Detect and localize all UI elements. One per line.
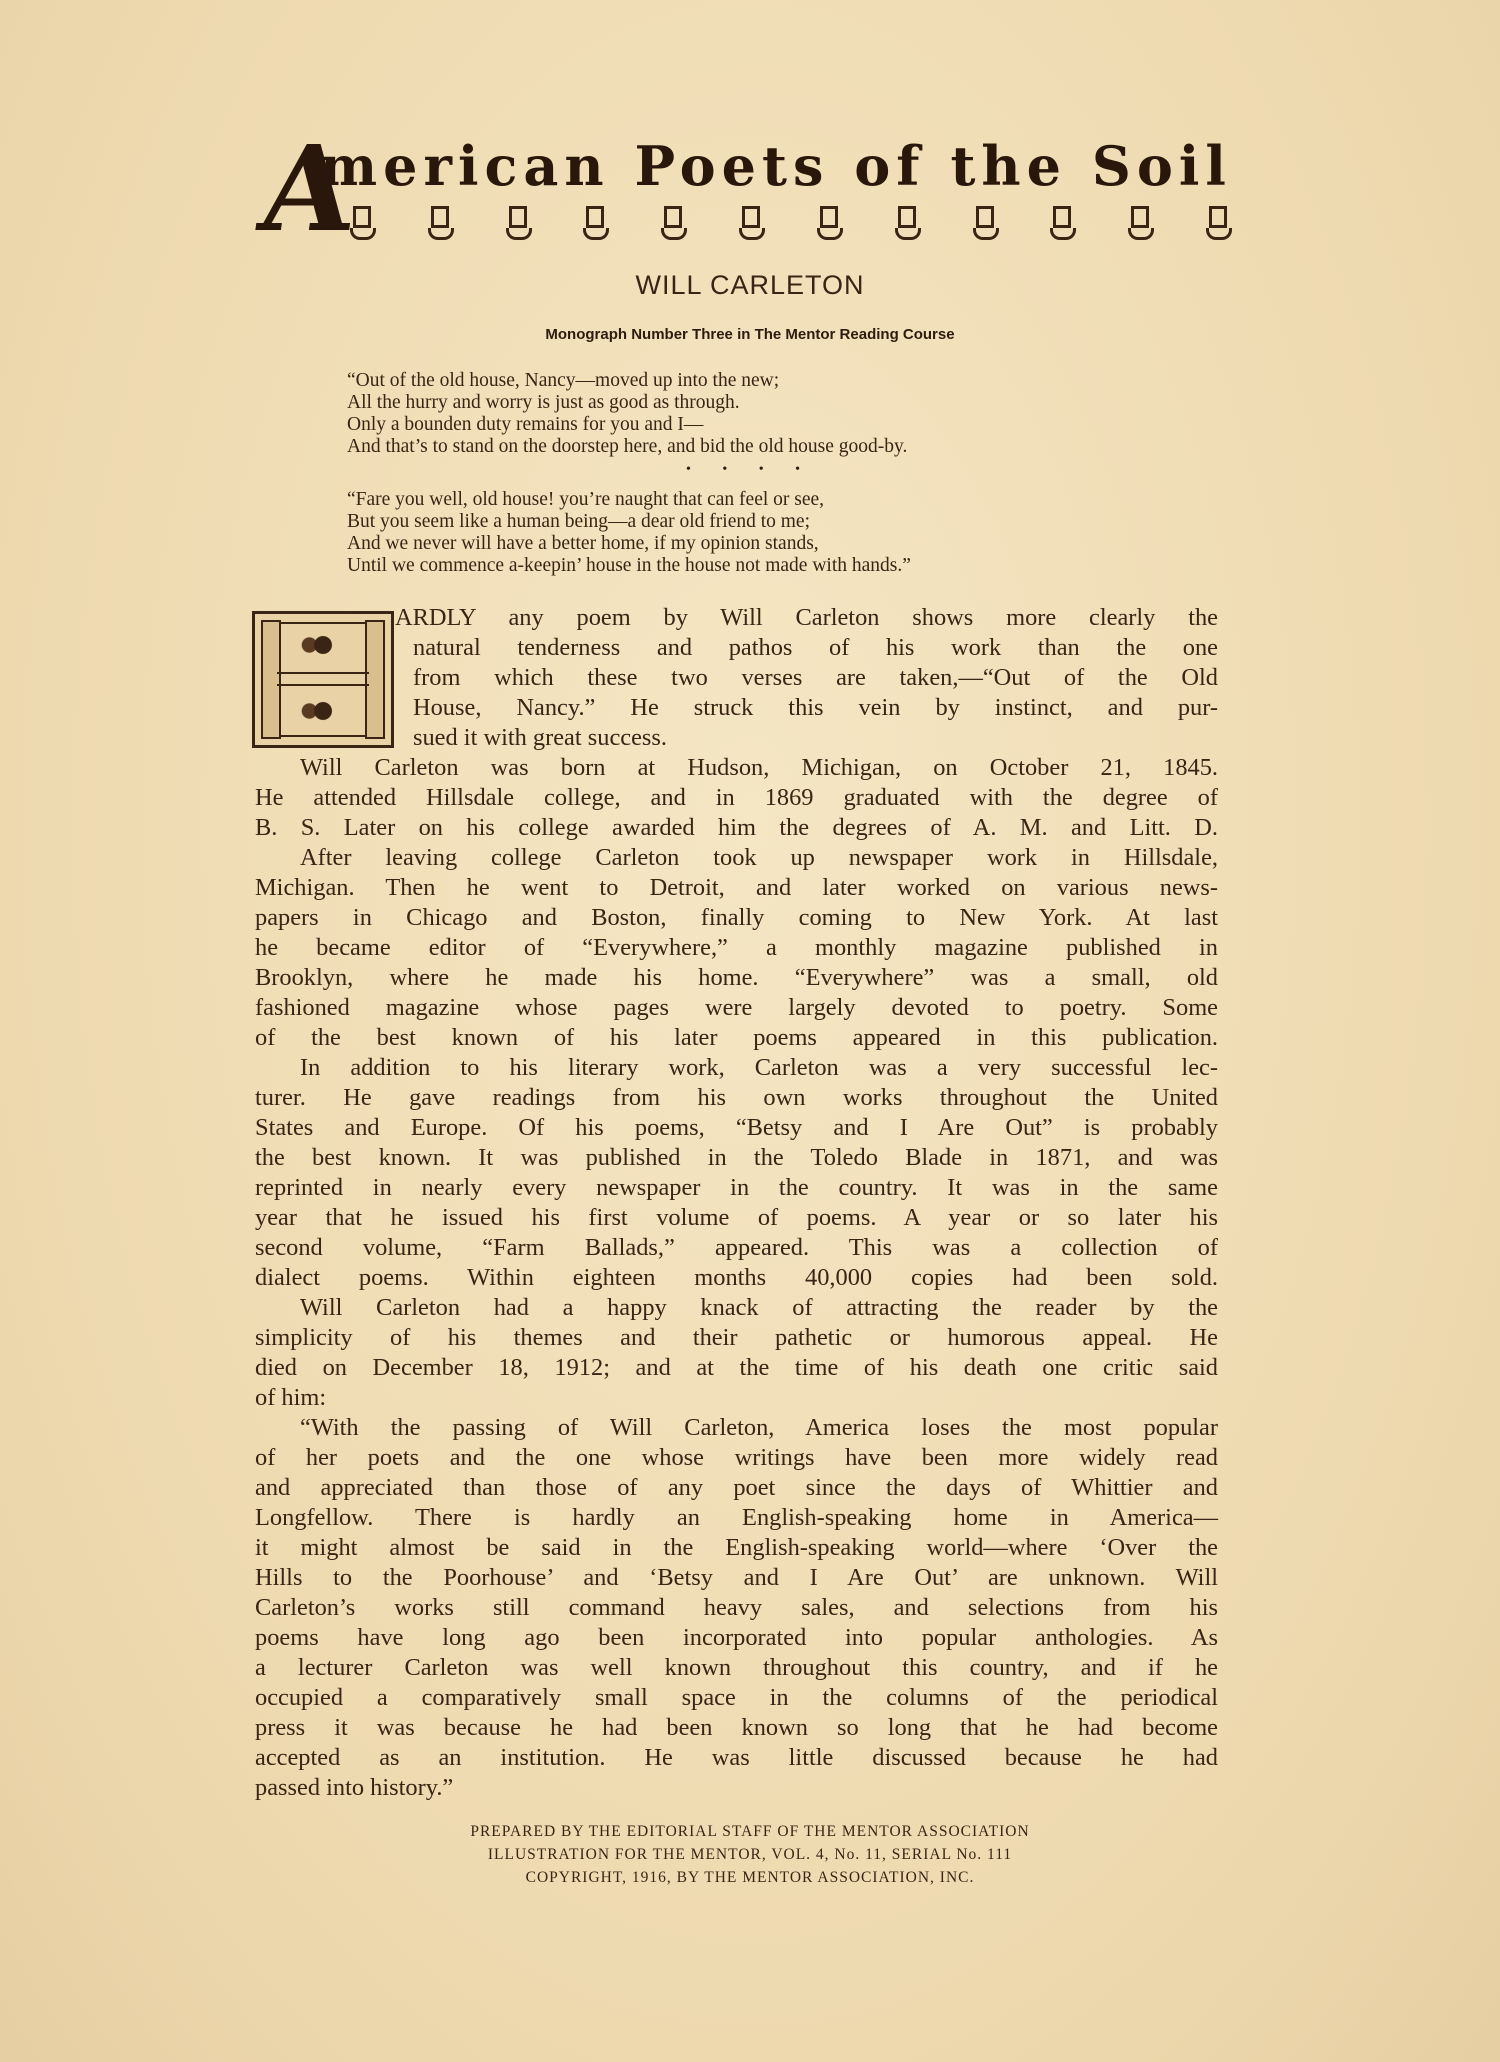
ornament-icon xyxy=(350,206,376,242)
verse-line: And we never will have a better home, if… xyxy=(347,533,1167,555)
text-line: House, Nancy.” He struck this vein by in… xyxy=(255,693,1218,723)
paragraph: ARDLY any poem by Will Carleton shows mo… xyxy=(255,603,1218,753)
ornament-icon xyxy=(817,206,843,242)
ornament-icon xyxy=(661,206,687,242)
text-line: and appreciated than those of any poet s… xyxy=(255,1473,1218,1503)
ornament-icon xyxy=(428,206,454,242)
verse-line: Until we commence a-keepin’ house in the… xyxy=(347,555,1167,577)
footer-line: PREPARED BY THE EDITORIAL STAFF OF THE M… xyxy=(0,1820,1500,1843)
verse-line: All the hurry and worry is just as good … xyxy=(347,392,1167,414)
text-line: reprinted in nearly every newspaper in t… xyxy=(255,1173,1218,1203)
quotation-paragraph: “With the passing of Will Carleton, Amer… xyxy=(255,1413,1218,1803)
ornament-icon xyxy=(1206,206,1232,242)
text-line: Michigan. Then he went to Detroit, and l… xyxy=(255,873,1218,903)
text-line: papers in Chicago and Boston, finally co… xyxy=(255,903,1218,933)
text-line: In addition to his literary work, Carlet… xyxy=(255,1053,1218,1083)
footer-credits: PREPARED BY THE EDITORIAL STAFF OF THE M… xyxy=(0,1820,1500,1889)
text-line: Will Carleton had a happy knack of attra… xyxy=(255,1293,1218,1323)
verse-separator: • • • • xyxy=(0,462,1500,478)
title-word: the xyxy=(950,134,1067,198)
footer-line: COPYRIGHT, 1916, BY THE MENTOR ASSOCIATI… xyxy=(0,1866,1500,1889)
text-line: died on December 18, 1912; and at the ti… xyxy=(255,1353,1218,1383)
subtitle: Monograph Number Three in The Mentor Rea… xyxy=(0,326,1500,343)
text-line: the best known. It was published in the … xyxy=(255,1143,1218,1173)
text-line: second volume, “Farm Ballads,” appeared.… xyxy=(255,1233,1218,1263)
text-line: accepted as an institution. He was littl… xyxy=(255,1743,1218,1773)
text-line: Longfellow. There is hardly an English-s… xyxy=(255,1503,1218,1533)
text-line: passed into history.” xyxy=(255,1773,1218,1803)
verse-stanza: “Fare you well, old house! you’re naught… xyxy=(347,489,1167,577)
text-line: States and Europe. Of his poems, “Betsy … xyxy=(255,1113,1218,1143)
ornament-icon xyxy=(506,206,532,242)
document-page: A merican Poets of the Soil WILL CARLETO… xyxy=(0,0,1500,2062)
page-title: A merican Poets of the Soil xyxy=(262,130,1232,250)
ornament-row xyxy=(350,206,1232,246)
text-line: B. S. Later on his college awarded him t… xyxy=(255,813,1218,843)
verse-line: And that’s to stand on the doorstep here… xyxy=(347,436,1167,458)
footer-line: ILLUSTRATION FOR THE MENTOR, VOL. 4, No.… xyxy=(0,1843,1500,1866)
text-line: year that he issued his first volume of … xyxy=(255,1203,1218,1233)
ornament-icon xyxy=(895,206,921,242)
ornament-icon xyxy=(739,206,765,242)
verse-line: Only a bounden duty remains for you and … xyxy=(347,414,1167,436)
title-word: merican xyxy=(320,134,610,198)
text-line: press it was because he had been known s… xyxy=(255,1713,1218,1743)
title-word: Soil xyxy=(1092,134,1232,198)
verse-line: “Fare you well, old house! you’re naught… xyxy=(347,489,1167,511)
text-line: ARDLY any poem by Will Carleton shows mo… xyxy=(255,603,1218,633)
text-line: turer. He gave readings from his own wor… xyxy=(255,1083,1218,1113)
text-line: a lecturer Carleton was well known throu… xyxy=(255,1653,1218,1683)
text-line: Will Carleton was born at Hudson, Michig… xyxy=(255,753,1218,783)
text-line: of him: xyxy=(255,1383,1218,1413)
text-line: “With the passing of Will Carleton, Amer… xyxy=(255,1413,1218,1443)
verse-line: “Out of the old house, Nancy—moved up in… xyxy=(347,370,1167,392)
text-line: of the best known of his later poems app… xyxy=(255,1023,1218,1053)
text-line: fashioned magazine whose pages were larg… xyxy=(255,993,1218,1023)
text-line: Carleton’s works still command heavy sal… xyxy=(255,1593,1218,1623)
paragraph: In addition to his literary work, Carlet… xyxy=(255,1053,1218,1293)
text-line: it might almost be said in the English-s… xyxy=(255,1533,1218,1563)
paragraph: Will Carleton had a happy knack of attra… xyxy=(255,1293,1218,1413)
text-line: simplicity of his themes and their pathe… xyxy=(255,1323,1218,1353)
text-line: Hills to the Poorhouse’ and ‘Betsy and I… xyxy=(255,1563,1218,1593)
text-line: After leaving college Carleton took up n… xyxy=(255,843,1218,873)
ornament-icon xyxy=(583,206,609,242)
text-line: he became editor of “Everywhere,” a mont… xyxy=(255,933,1218,963)
text-line: Brooklyn, where he made his home. “Every… xyxy=(255,963,1218,993)
article-body: ARDLY any poem by Will Carleton shows mo… xyxy=(255,603,1218,1803)
title-word: of xyxy=(854,134,925,198)
author-name: WILL CARLETON xyxy=(0,270,1500,301)
ornament-icon xyxy=(1050,206,1076,242)
paragraph: Will Carleton was born at Hudson, Michig… xyxy=(255,753,1218,843)
paragraph: After leaving college Carleton took up n… xyxy=(255,843,1218,1053)
title-words: merican Poets of the Soil xyxy=(320,134,1232,198)
text-line: dialect poems. Within eighteen months 40… xyxy=(255,1263,1218,1293)
title-word: Poets xyxy=(635,134,830,198)
text-line: from which these two verses are taken,—“… xyxy=(255,663,1218,693)
verse-stanza: “Out of the old house, Nancy—moved up in… xyxy=(347,370,1167,458)
text-line: of her poets and the one whose writings … xyxy=(255,1443,1218,1473)
ornament-icon xyxy=(1128,206,1154,242)
text-line: He attended Hillsdale college, and in 18… xyxy=(255,783,1218,813)
verse-line: But you seem like a human being—a dear o… xyxy=(347,511,1167,533)
text-line: sued it with great success. xyxy=(255,723,1218,753)
ornament-icon xyxy=(973,206,999,242)
text-line: natural tenderness and pathos of his wor… xyxy=(255,633,1218,663)
text-line: poems have long ago been incorporated in… xyxy=(255,1623,1218,1653)
text-line: occupied a comparatively small space in … xyxy=(255,1683,1218,1713)
